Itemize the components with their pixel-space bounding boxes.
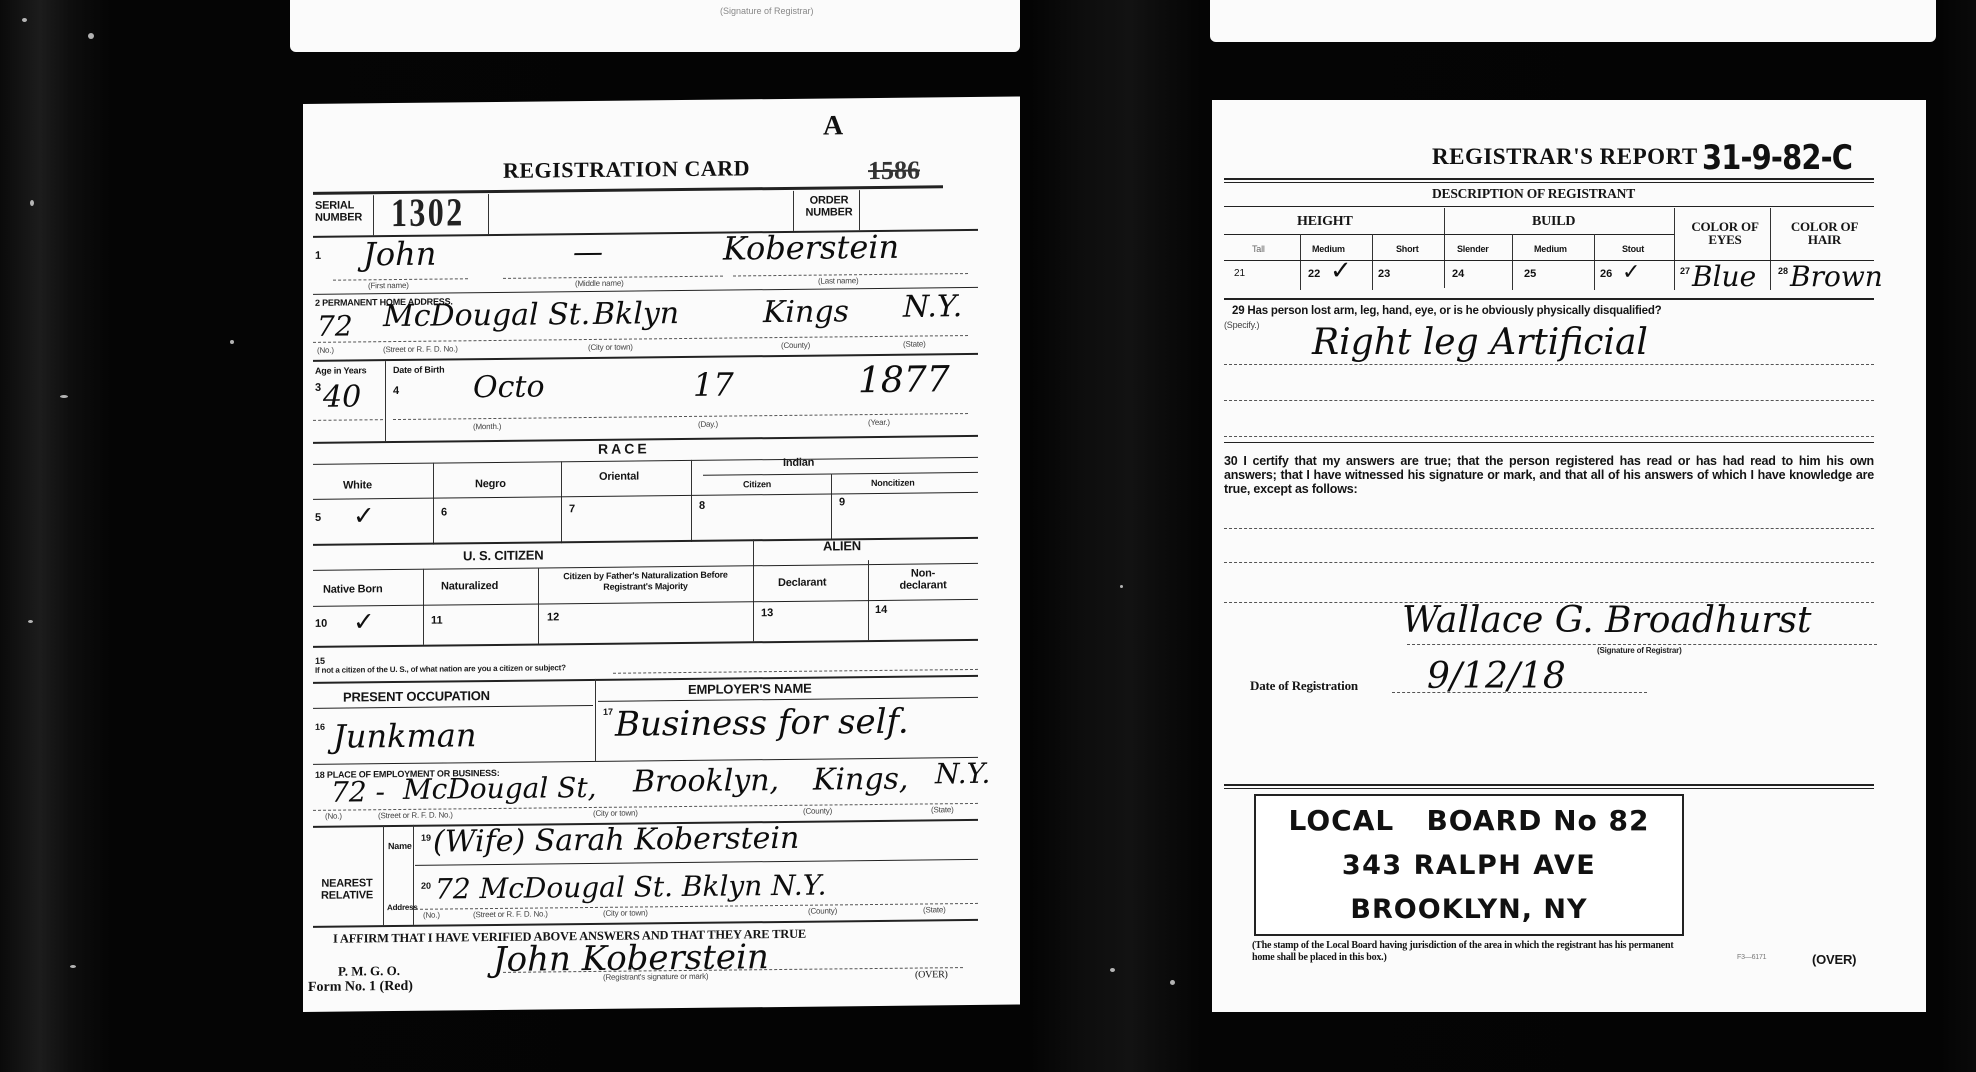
caption: (Day.) — [698, 420, 718, 429]
rule — [1224, 784, 1874, 786]
build-stout-label: Stout — [1622, 244, 1644, 254]
divider — [753, 539, 754, 641]
divider — [595, 679, 596, 761]
relative-name-value: (Wife) Sarah Koberstein — [433, 821, 799, 860]
divider — [859, 190, 860, 230]
field-number: 9 — [839, 496, 845, 508]
occupation-value: Junkman — [333, 716, 476, 756]
field-number: 28 — [1778, 266, 1788, 276]
divider — [383, 825, 384, 925]
registration-card: A 1586 REGISTRATION CARD SERIAL NUMBER 1… — [303, 96, 1020, 1012]
rule — [313, 287, 978, 295]
divider — [1674, 208, 1675, 290]
field-number: 25 — [1524, 268, 1536, 280]
rule — [703, 472, 978, 476]
divider — [538, 568, 539, 644]
middle-name-value: — — [573, 235, 603, 270]
certification-text: I certify that my answers are true; that… — [1224, 454, 1874, 496]
description-subtitle: DESCRIPTION OF REGISTRANT — [1432, 186, 1635, 202]
field-number: 24 — [1452, 268, 1464, 280]
field-number: 6 — [441, 506, 447, 518]
film-speck — [88, 33, 94, 39]
rule — [1224, 206, 1874, 207]
field-number: 16 — [315, 722, 325, 732]
field-number: 21 — [1234, 268, 1245, 279]
first-name-value: John — [363, 235, 436, 274]
rule — [1224, 298, 1874, 300]
race-oriental-label: Oriental — [599, 470, 639, 482]
film-speck — [70, 965, 76, 968]
race-header: RACE — [598, 440, 650, 457]
divider — [1300, 234, 1301, 290]
rule — [313, 537, 978, 546]
caption: (City or town) — [603, 908, 648, 917]
registration-date-label: Date of Registration — [1250, 678, 1358, 694]
stamp-street-address: 343 RALPH AVE — [1256, 850, 1682, 881]
caption: (No.) — [325, 812, 342, 821]
rule — [313, 675, 978, 684]
fill-line — [313, 419, 383, 421]
physical-disqualification-answer: Right leg Artificial — [1312, 322, 1648, 363]
home-address-state: N.Y. — [903, 289, 962, 325]
report-title: REGISTRAR'S REPORT — [1432, 144, 1698, 170]
rule — [598, 697, 978, 702]
race-indian-citizen-label: Citizen — [743, 479, 771, 489]
rule — [415, 859, 978, 866]
field-number: 29 — [1232, 305, 1244, 317]
field-number: 4 — [393, 385, 399, 397]
caption: (Month.) — [473, 422, 501, 431]
employment-address-city: Brooklyn, — [633, 763, 779, 800]
previous-card-left-partial: (Signature of Registrar) — [290, 0, 1020, 52]
race-indian-noncitizen-label: Noncitizen — [871, 478, 915, 488]
field-number: 1 — [315, 250, 321, 262]
field-number: 20 — [421, 881, 431, 891]
field-number: 17 — [603, 707, 613, 717]
employment-address-no: 72 - — [331, 775, 385, 809]
relative-name-label: Name — [388, 841, 412, 851]
height-header: HEIGHT — [1297, 214, 1353, 230]
fill-line — [613, 669, 978, 674]
fill-line — [1224, 400, 1874, 401]
fill-line — [1224, 364, 1874, 365]
caption: (County) — [808, 906, 837, 915]
hair-color-header: COLOR OF HAIR — [1787, 220, 1862, 246]
build-stout-checkmark: ✓ — [1622, 260, 1640, 285]
film-speck — [22, 18, 27, 22]
registrars-report-card: REGISTRAR'S REPORT 31-9-82-C DESCRIPTION… — [1212, 100, 1926, 1012]
nearest-relative-label: NEAREST RELATIVE — [317, 877, 377, 902]
race-white-label: White — [343, 479, 372, 491]
caption: (Street or R. F. D. No.) — [383, 344, 458, 354]
hair-color-value: Brown — [1790, 260, 1883, 293]
stamp-instruction-note: (The stamp of the Local Board having jur… — [1252, 940, 1692, 964]
employer-value: Business for self. — [615, 702, 909, 745]
caption: (City or town) — [593, 808, 638, 817]
field-number: 7 — [569, 503, 575, 515]
caption: (No.) — [317, 346, 334, 355]
fill-line — [1407, 644, 1877, 645]
caption: (Street or R. F. D. No.) — [473, 909, 548, 919]
employer-header: EMPLOYER'S NAME — [688, 681, 812, 697]
caption: (State) — [903, 339, 926, 348]
field-number: 22 — [1308, 268, 1320, 280]
divider — [561, 461, 562, 543]
field-number: 5 — [315, 512, 321, 524]
race-white-checkmark: ✓ — [353, 501, 375, 531]
registrar-signature-caption: (Signature of Registrar) — [1597, 646, 1682, 655]
build-medium-label: Medium — [1534, 244, 1567, 254]
corner-letter: A — [823, 110, 844, 142]
order-number-label: ORDER NUMBER — [799, 194, 859, 219]
divider — [831, 473, 832, 540]
divider — [1444, 208, 1445, 288]
rule — [313, 492, 978, 500]
height-medium-label: Medium — [1312, 244, 1345, 254]
native-born-checkmark: ✓ — [353, 607, 375, 637]
rule — [1224, 788, 1874, 789]
film-speck — [230, 340, 234, 344]
fill-line — [313, 335, 968, 343]
divider — [423, 569, 424, 645]
age-value: 40 — [323, 379, 361, 414]
employment-address-county: Kings, — [813, 762, 908, 798]
us-citizen-header: U. S. CITIZEN — [463, 547, 543, 563]
caption: (County) — [803, 806, 832, 815]
foreign-nation-question: If not a citizen of the U. S., of what n… — [315, 663, 566, 675]
rule — [1224, 260, 1874, 261]
eye-color-header: COLOR OF EYES — [1690, 220, 1760, 246]
last-name-value: Koberstein — [723, 228, 899, 268]
field-number: 23 — [1378, 268, 1390, 280]
film-speck — [1120, 585, 1123, 588]
height-short-label: Short — [1396, 244, 1419, 254]
field-number: 10 — [315, 618, 327, 630]
non-declarant-label: Non-declarant — [888, 567, 958, 592]
over-note: (OVER) — [1812, 952, 1856, 967]
eye-color-value: Blue — [1692, 260, 1756, 293]
divider — [385, 361, 386, 441]
home-address-city: Bklyn — [593, 296, 679, 332]
naturalized-label: Naturalized — [441, 580, 498, 593]
stamp-city: BROOKLYN, NY — [1256, 894, 1682, 925]
caption: (Last name) — [818, 276, 858, 285]
divider — [1372, 234, 1373, 290]
print-code: F3—6171 — [1737, 954, 1766, 961]
physical-disqualification-question: 29 Has person lost arm, leg, hand, eye, … — [1232, 304, 1872, 318]
caption: (Year.) — [868, 418, 890, 427]
rule — [313, 705, 593, 709]
employment-address-state: N.Y. — [935, 757, 990, 791]
divider — [793, 191, 794, 231]
divider — [433, 463, 434, 545]
caption: (City or town) — [588, 343, 633, 352]
form-id-number: Form No. 1 (Red) — [308, 979, 413, 996]
field-number: 12 — [547, 611, 559, 623]
birth-day-value: 17 — [693, 365, 734, 403]
specify-label: (Specify.) — [1224, 320, 1259, 330]
relative-address-label: Address — [387, 903, 418, 912]
field-number: 30 — [1224, 454, 1238, 468]
question-text: Has person lost arm, leg, hand, eye, or … — [1247, 305, 1661, 317]
home-address-street: McDougal St. — [383, 297, 590, 334]
caption: (Middle name) — [575, 279, 624, 289]
serial-number-label: SERIAL NUMBER — [315, 199, 373, 224]
field-number: 13 — [761, 607, 773, 619]
divider — [1770, 208, 1771, 290]
height-tall-label: Tall — [1252, 244, 1265, 254]
rule — [313, 639, 978, 648]
film-speck — [30, 200, 34, 206]
caption: (First name) — [368, 281, 409, 290]
field-number: 26 — [1600, 268, 1612, 280]
race-negro-label: Negro — [475, 478, 506, 490]
divider — [691, 460, 692, 542]
over-note: (OVER) — [915, 969, 948, 980]
caption: (State) — [923, 905, 946, 914]
certification-statement: 30 I certify that my answers are true; t… — [1224, 454, 1874, 496]
serial-number-value: 1302 — [391, 188, 465, 236]
film-speck — [1110, 968, 1115, 972]
signature-caption: (Registrant's signature or mark) — [603, 972, 708, 982]
rule — [1224, 178, 1874, 180]
field-number: 19 — [421, 833, 431, 843]
film-speck — [1170, 980, 1175, 985]
native-born-label: Native Born — [323, 583, 383, 596]
fill-line — [1224, 528, 1874, 529]
age-label: Age in Years — [315, 365, 366, 376]
rule — [1224, 234, 1674, 235]
divider — [1594, 234, 1595, 290]
birth-month-value: Octo — [473, 369, 545, 405]
field-number: 8 — [699, 500, 705, 512]
field-number: 11 — [431, 615, 443, 627]
relative-address-value: 72 McDougal St. Bklyn N.Y. — [435, 869, 827, 906]
local-board-stamp-box: LOCAL BOARD No 82 343 RALPH AVE BROOKLYN… — [1254, 794, 1684, 936]
faint-caption: (Signature of Registrar) — [720, 6, 814, 16]
birth-year-value: 1877 — [858, 359, 950, 401]
field-number: 3 — [315, 382, 321, 394]
caption: (No.) — [423, 911, 440, 920]
registration-date-value: 9/12/18 — [1427, 656, 1566, 697]
fill-line — [1224, 562, 1874, 563]
fill-line — [1224, 436, 1874, 437]
home-address-no: 72 — [317, 309, 353, 342]
declarant-label: Declarant — [778, 577, 826, 590]
field-number: 14 — [875, 604, 887, 616]
struck-order-number: 1586 — [868, 156, 920, 187]
film-speck — [60, 395, 68, 398]
employment-address-street: McDougal St, — [403, 771, 597, 806]
divider — [373, 195, 374, 235]
indian-header: Indian — [783, 457, 814, 469]
divider — [488, 194, 489, 234]
report-stamp-code: 31-9-82-C — [1702, 138, 1852, 178]
divider — [1512, 234, 1513, 290]
stamp-board-number: LOCAL BOARD No 82 — [1256, 804, 1682, 837]
rule — [1224, 182, 1874, 183]
home-address-county: Kings — [763, 294, 849, 330]
build-header: BUILD — [1532, 214, 1575, 230]
field-number: 27 — [1680, 266, 1690, 276]
form-id-pmgo: P. M. G. O. — [338, 963, 400, 980]
registrar-signature: Wallace G. Broadhurst — [1402, 600, 1811, 641]
rule — [313, 457, 978, 465]
occupation-header: PRESENT OCCUPATION — [343, 688, 490, 705]
birth-date-label: Date of Birth — [393, 365, 444, 376]
field-number: 15 — [315, 656, 325, 666]
alien-header: ALIEN — [823, 538, 861, 553]
caption: (State) — [931, 805, 954, 814]
derived-citizen-label: Citizen by Father's Naturalization Befor… — [543, 569, 748, 593]
height-medium-checkmark: ✓ — [1330, 256, 1352, 286]
rule — [1224, 442, 1874, 443]
film-speck — [28, 620, 33, 623]
caption: (Street or R. F. D. No.) — [378, 810, 453, 820]
build-slender-label: Slender — [1457, 244, 1489, 254]
caption: (County) — [781, 341, 810, 350]
card-title: REGISTRATION CARD — [503, 155, 750, 184]
previous-card-right-partial — [1210, 0, 1936, 42]
